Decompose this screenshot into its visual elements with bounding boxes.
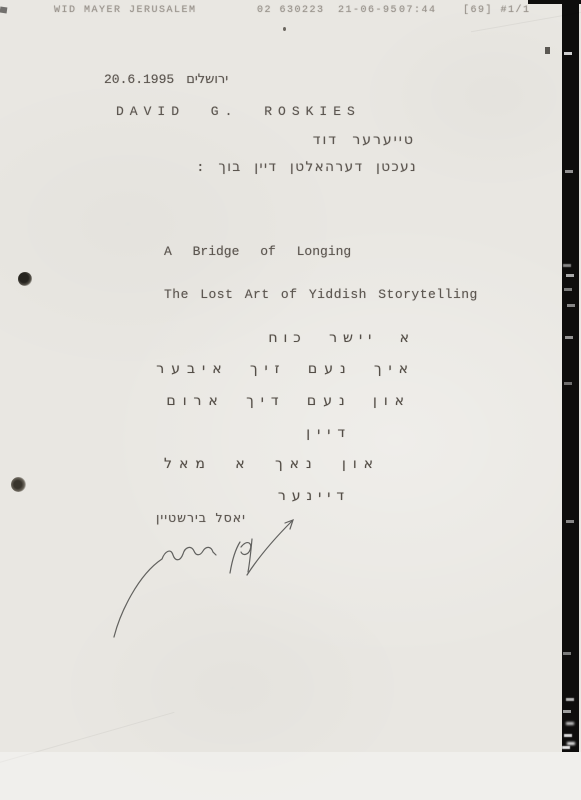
poem-line-4: דיין <box>306 425 352 441</box>
poem-line-2: איך נעם זיך איבער <box>156 361 415 377</box>
letter-date: 20.6.1995 <box>104 72 174 87</box>
recipient-name: DAVID G. ROSKIES <box>116 104 361 119</box>
fax-date: 21-06-95 <box>338 5 398 16</box>
fax-number: 02 630223 <box>257 5 325 16</box>
poem-line-1: א יישר כוח <box>268 330 415 346</box>
opening-line-yiddish: נעכטן דערהאלטן דיין בוך : <box>196 159 417 175</box>
fax-sender-id: WID MAYER JERUSALEM <box>54 5 197 16</box>
scanner-top-strip <box>528 0 581 4</box>
hole-punch-mark-bottom <box>11 477 26 492</box>
hole-punch-mark-top <box>18 272 32 286</box>
book-subtitle: The Lost Art of Yiddish Storytelling <box>164 287 478 302</box>
left-edge-scan-mark <box>0 7 7 14</box>
dateline: 20.6.1995 ירושלים <box>104 72 228 87</box>
paper-bottom-edge <box>0 752 581 800</box>
scanner-edge-band <box>562 0 579 752</box>
handwritten-signature <box>100 513 320 648</box>
poem-line-5: און נאך א מאל <box>164 456 380 472</box>
poem-line-3: און נעם דיך ארום <box>166 393 411 409</box>
letter-city-hebrew: ירושלים <box>186 72 228 87</box>
scan-noise-specks <box>564 52 572 55</box>
stray-ink-speck <box>545 47 550 54</box>
salutation-yiddish: טייערער דוד <box>313 132 415 148</box>
fax-page-indicator: [69] #1/1 <box>463 5 531 16</box>
scanned-letter-page: WID MAYER JERUSALEM 02 630223 21-06-95 0… <box>0 0 581 800</box>
fax-time: 07:44 <box>399 5 437 16</box>
book-title: A Bridge of Longing <box>164 244 351 259</box>
stray-dot-artifact <box>283 27 286 31</box>
poem-line-6: דיינער <box>278 488 350 504</box>
